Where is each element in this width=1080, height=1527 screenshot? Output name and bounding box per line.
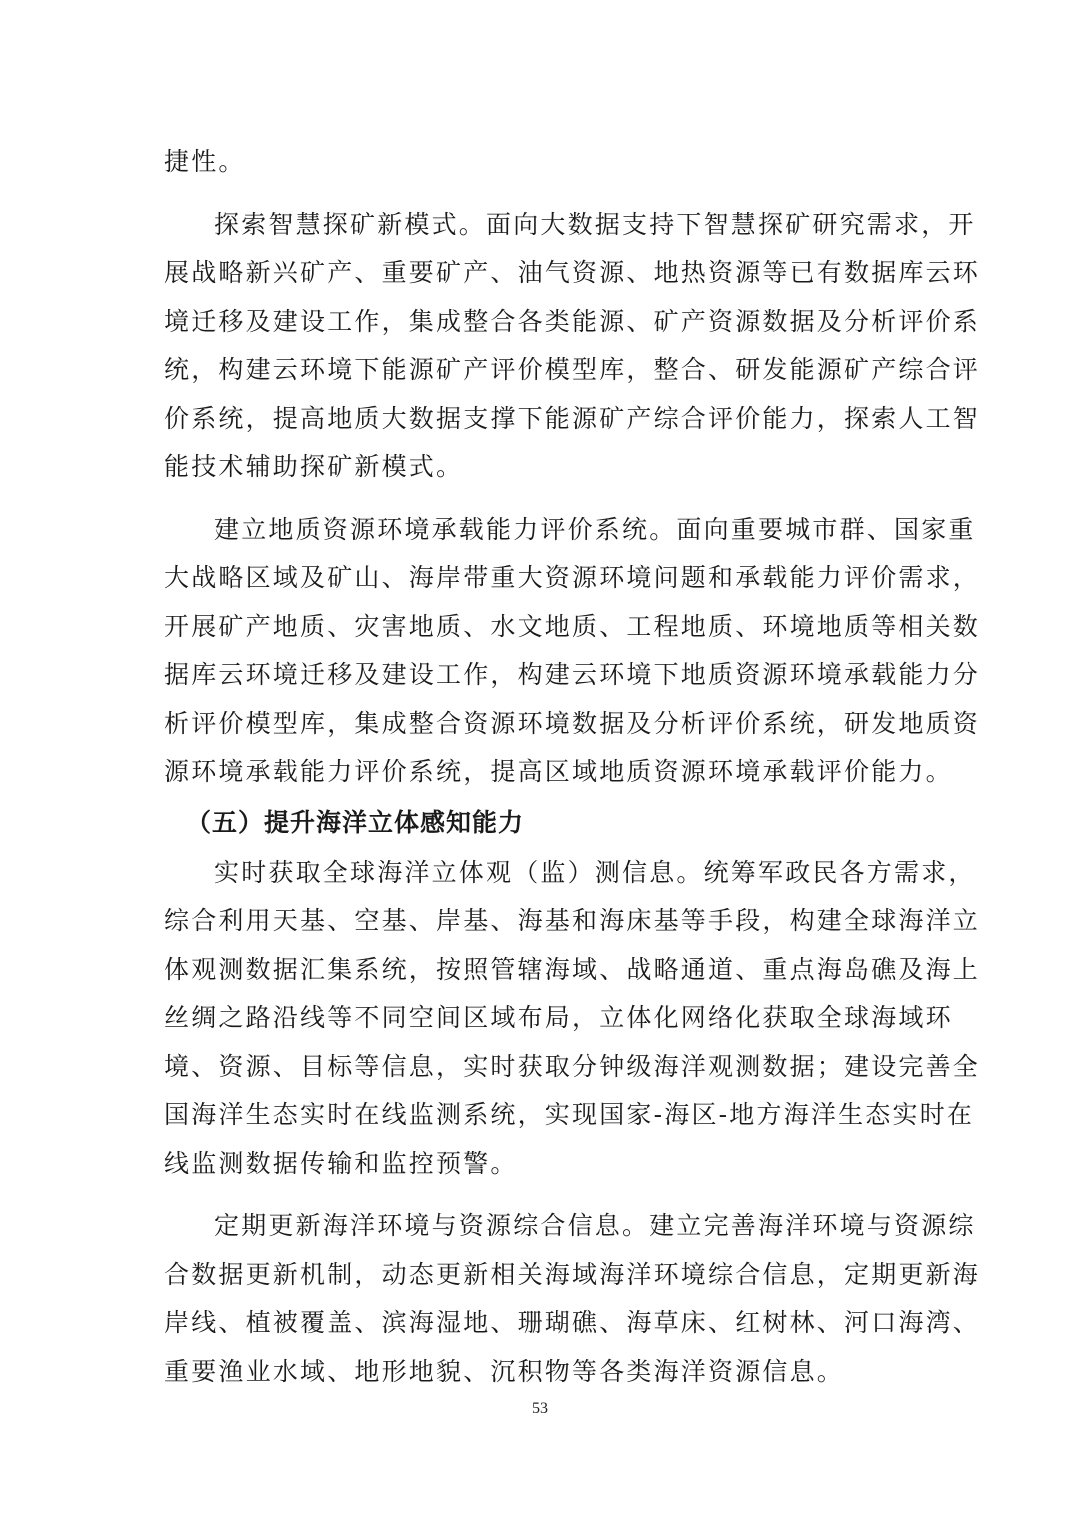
text-line: 析评价模型库，集成整合资源环境数据及分析评价系统，研发地质资 xyxy=(164,700,918,749)
text-line: 展战略新兴矿产、重要矿产、油气资源、地热资源等已有数据库云环 xyxy=(164,249,918,298)
text-line: 境、资源、目标等信息，实时获取分钟级海洋观测数据；建设完善全 xyxy=(164,1043,918,1092)
text-line: 重要渔业水域、地形地貌、沉积物等各类海洋资源信息。 xyxy=(164,1348,918,1397)
section-heading: （五）提升海洋立体感知能力 xyxy=(164,797,918,849)
text-line: 源环境承载能力评价系统，提高区域地质资源环境承载评价能力。 xyxy=(164,748,918,797)
text-line: 合数据更新机制，动态更新相关海域海洋环境综合信息，定期更新海 xyxy=(164,1251,918,1300)
text-line: 境迁移及建设工作，集成整合各类能源、矿产资源数据及分析评价系 xyxy=(164,298,918,347)
text-line: 体观测数据汇集系统，按照管辖海域、战略通道、重点海岛礁及海上 xyxy=(164,946,918,995)
text-line: 线监测数据传输和监控预警。 xyxy=(164,1140,918,1189)
text-line: 定期更新海洋环境与资源综合信息。建立完善海洋环境与资源综 xyxy=(164,1202,918,1251)
paragraph-gap xyxy=(164,492,918,506)
paragraph-carrying-capacity: 建立地质资源环境承载能力评价系统。面向重要城市群、国家重 大战略区域及矿山、海岸… xyxy=(164,506,918,797)
text-line: 大战略区域及矿山、海岸带重大资源环境问题和承载能力评价需求， xyxy=(164,554,918,603)
text-line: 实时获取全球海洋立体观（监）测信息。统筹军政民各方需求， xyxy=(164,849,918,898)
paragraph-gap xyxy=(164,1188,918,1202)
text-line: 统，构建云环境下能源矿产评价模型库，整合、研发能源矿产综合评 xyxy=(164,346,918,395)
paragraph-gap xyxy=(164,187,918,201)
paragraph-ocean-resources: 定期更新海洋环境与资源综合信息。建立完善海洋环境与资源综 合数据更新机制，动态更… xyxy=(164,1202,918,1396)
document-page: 捷性。 探索智慧探矿新模式。面向大数据支持下智慧探矿研究需求，开 展战略新兴矿产… xyxy=(0,0,1080,1527)
page-content: 捷性。 探索智慧探矿新模式。面向大数据支持下智慧探矿研究需求，开 展战略新兴矿产… xyxy=(164,138,918,1396)
text-line: 捷性。 xyxy=(164,138,918,187)
page-number: 53 xyxy=(0,1400,1080,1418)
text-line: 国海洋生态实时在线监测系统，实现国家-海区-地方海洋生态实时在 xyxy=(164,1091,918,1140)
paragraph-continuation: 捷性。 xyxy=(164,138,918,187)
text-line: 价系统，提高地质大数据支撑下能源矿产综合评价能力，探索人工智 xyxy=(164,395,918,444)
text-line: 据库云环境迁移及建设工作，构建云环境下地质资源环境承载能力分 xyxy=(164,651,918,700)
paragraph-ocean-observation: 实时获取全球海洋立体观（监）测信息。统筹军政民各方需求， 综合利用天基、空基、岸… xyxy=(164,849,918,1189)
text-line: 探索智慧探矿新模式。面向大数据支持下智慧探矿研究需求，开 xyxy=(164,201,918,250)
text-line: 丝绸之路沿线等不同空间区域布局，立体化网络化获取全球海域环 xyxy=(164,994,918,1043)
text-line: 岸线、植被覆盖、滨海湿地、珊瑚礁、海草床、红树林、河口海湾、 xyxy=(164,1299,918,1348)
text-line: 建立地质资源环境承载能力评价系统。面向重要城市群、国家重 xyxy=(164,506,918,555)
text-line: 综合利用天基、空基、岸基、海基和海床基等手段，构建全球海洋立 xyxy=(164,897,918,946)
text-line: 开展矿产地质、灾害地质、水文地质、工程地质、环境地质等相关数 xyxy=(164,603,918,652)
paragraph-smart-exploration: 探索智慧探矿新模式。面向大数据支持下智慧探矿研究需求，开 展战略新兴矿产、重要矿… xyxy=(164,201,918,492)
text-line: 能技术辅助探矿新模式。 xyxy=(164,443,918,492)
